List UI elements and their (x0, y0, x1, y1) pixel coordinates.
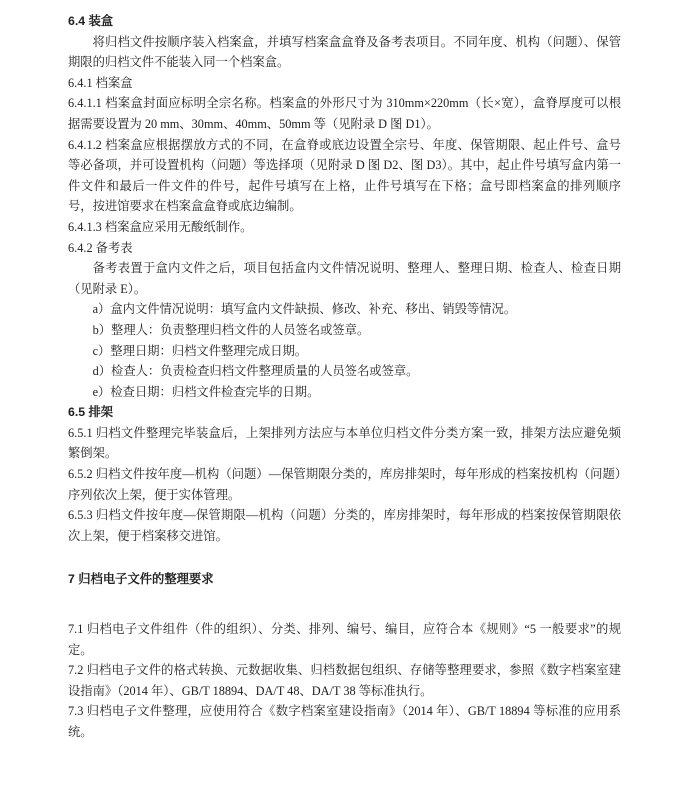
heading-7: 7 归档电子文件的整理要求 (68, 569, 621, 590)
list-item-a: a）盒内文件情况说明：填写盒内文件缺损、修改、补充、移出、销毁等情况。 (68, 299, 621, 320)
clause-6-5-3: 6.5.3 归档文件按年度—保管期限—机构（问题）分类的，库房排架时，每年形成的… (68, 505, 621, 546)
clause-6-4-1-3: 6.4.1.3 档案盒应采用无酸纸制作。 (68, 217, 621, 238)
clause-6-4-1-2: 6.4.1.2 档案盒应根据摆放方式的不同，在盒脊或底边设置全宗号、年度、保管期… (68, 135, 621, 217)
document-content: 6.4 装盒将归档文件按顺序装入档案盒，并填写档案盒盒脊及备考表项目。不同年度、… (68, 11, 621, 743)
clause-6-5-1: 6.5.1 归档文件整理完毕装盒后，上架排列方法应与本单位归档文件分类方案一致，… (68, 423, 621, 464)
list-item-b: b）整理人：负责整理归档文件的人员签名或签章。 (68, 320, 621, 341)
list-item-d: d）检查人：负责检查归档文件整理质量的人员签名或签章。 (68, 361, 621, 382)
clause-6-4-1-1: 6.4.1.1 档案盒封面应标明全宗名称。档案盒的外形尺寸为 310mm×220… (68, 93, 621, 134)
clause-6-5-2: 6.5.2 归档文件按年度—机构（问题）—保管期限分类的，库房排架时，每年形成的… (68, 464, 621, 505)
document-page: 6.4 装盒将归档文件按顺序装入档案盒，并填写档案盒盒脊及备考表项目。不同年度、… (0, 0, 675, 812)
clause-7-2: 7.2 归档电子文件的格式转换、元数据收集、归档数据包组织、存储等整理要求，参照… (68, 660, 621, 701)
clause-6-4-1: 6.4.1 档案盒 (68, 73, 621, 94)
list-item-c: c）整理日期：归档文件整理完成日期。 (68, 341, 621, 362)
list-item-e: e）检查日期：归档文件检查完毕的日期。 (68, 382, 621, 403)
para-6-4-2-intro: 备考表置于盒内文件之后，项目包括盒内文件情况说明、整理人、整理日期、检查人、检查… (68, 258, 621, 299)
clause-7-1: 7.1 归档电子文件组件（件的组织）、分类、排列、编号、编目，应符合本《规则》“… (68, 619, 621, 660)
heading-6-4: 6.4 装盒 (68, 11, 621, 32)
clause-6-4-2: 6.4.2 备考表 (68, 238, 621, 259)
para-6-4-intro: 将归档文件按顺序装入档案盒，并填写档案盒盒脊及备考表项目。不同年度、机构（问题）… (68, 32, 621, 73)
heading-6-5: 6.5 排架 (68, 402, 621, 423)
clause-7-3: 7.3 归档电子文件整理，应使用符合《数字档案室建设指南》（2014 年）、GB… (68, 701, 621, 742)
